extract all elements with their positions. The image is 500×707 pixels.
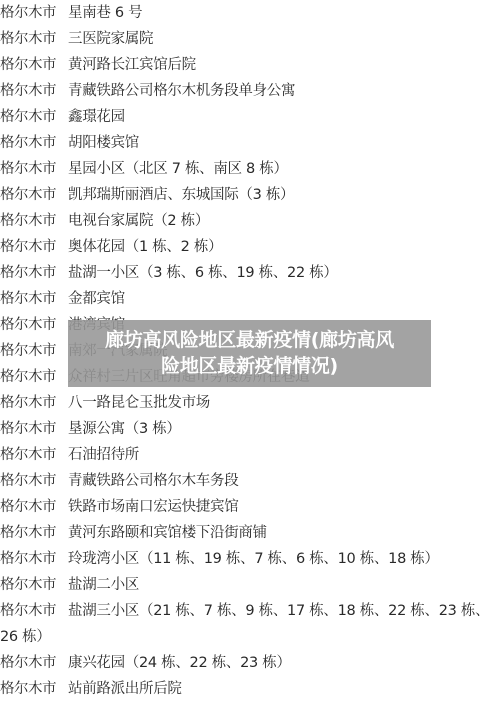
city-label: 格尔木市 (0, 468, 68, 494)
city-label: 格尔木市 (0, 208, 68, 234)
list-item: 格尔木市金都宾馆 (0, 286, 500, 312)
place-label: 盐湖三小区（21 栋、7 栋、9 栋、17 栋、18 栋、22 栋、23 栋、 (68, 598, 489, 624)
city-label: 格尔木市 (0, 52, 68, 78)
city-label: 格尔木市 (0, 650, 68, 676)
place-label: 胡阳楼宾馆 (68, 130, 139, 156)
place-label: 黄河路长江宾馆后院 (68, 52, 196, 78)
place-label: 三医院家属院 (68, 26, 153, 52)
list-item: 格尔木市康兴花园（24 栋、22 栋、23 栋） (0, 650, 500, 676)
place-label: 星园小区（北区 7 栋、南区 8 栋） (68, 156, 288, 182)
list-item: 格尔木市青藏铁路公司格尔木机务段单身公寓 (0, 78, 500, 104)
city-label: 格尔木市 (0, 234, 68, 260)
list-item: 格尔木市鑫璟花园 (0, 104, 500, 130)
list-item: 格尔木市八一路昆仑玉批发市场 (0, 390, 500, 416)
list-item-continuation: 26 栋） (0, 624, 500, 650)
city-label: 格尔木市 (0, 182, 68, 208)
list-item: 格尔木市星园小区（北区 7 栋、南区 8 栋） (0, 156, 500, 182)
place-label: 星南巷 6 号 (68, 0, 142, 26)
city-label: 格尔木市 (0, 676, 68, 702)
place-label: 26 栋） (0, 624, 51, 650)
place-label: 盐湖二小区 (68, 572, 139, 598)
city-label: 格尔木市 (0, 416, 68, 442)
place-label: 奥体花园（1 栋、2 栋） (68, 234, 222, 260)
city-label: 格尔木市 (0, 572, 68, 598)
city-label: 格尔木市 (0, 312, 68, 338)
place-label: 金都宾馆 (68, 286, 125, 312)
city-label: 格尔木市 (0, 0, 68, 26)
list-item: 格尔木市青藏铁路公司格尔木车务段 (0, 468, 500, 494)
city-label: 格尔木市 (0, 26, 68, 52)
city-label: 格尔木市 (0, 130, 68, 156)
city-label: 格尔木市 (0, 520, 68, 546)
list-item: 格尔木市玲珑湾小区（11 栋、19 栋、7 栋、6 栋、10 栋、18 栋） (0, 546, 500, 572)
place-label: 青藏铁路公司格尔木车务段 (68, 468, 238, 494)
place-label: 铁路市场南口宏运快捷宾馆 (68, 494, 238, 520)
list-item: 格尔木市铁路市场南口宏运快捷宾馆 (0, 494, 500, 520)
list-item: 格尔木市胡阳楼宾馆 (0, 130, 500, 156)
city-label: 格尔木市 (0, 104, 68, 130)
place-label: 盐湖一小区（3 栋、6 栋、19 栋、22 栋） (68, 260, 338, 286)
city-label: 格尔木市 (0, 286, 68, 312)
city-label: 格尔木市 (0, 364, 68, 390)
city-label: 格尔木市 (0, 442, 68, 468)
place-label: 青藏铁路公司格尔木机务段单身公寓 (68, 78, 295, 104)
place-label: 电视台家属院（2 栋） (68, 208, 209, 234)
list-item: 格尔木市奥体花园（1 栋、2 栋） (0, 234, 500, 260)
overlay-title-line-2: 险地区最新疫情情况) (68, 353, 431, 379)
list-item: 格尔木市电视台家属院（2 栋） (0, 208, 500, 234)
list-item: 格尔木市黄河路长江宾馆后院 (0, 52, 500, 78)
list-item: 格尔木市盐湖一小区（3 栋、6 栋、19 栋、22 栋） (0, 260, 500, 286)
list-item: 格尔木市盐湖二小区 (0, 572, 500, 598)
city-label: 格尔木市 (0, 156, 68, 182)
city-label: 格尔木市 (0, 78, 68, 104)
list-item: 格尔木市盐湖三小区（21 栋、7 栋、9 栋、17 栋、18 栋、22 栋、23… (0, 598, 500, 624)
list-item: 格尔木市垦源公寓（3 栋） (0, 416, 500, 442)
place-label: 八一路昆仑玉批发市场 (68, 390, 210, 416)
place-label: 石油招待所 (68, 442, 139, 468)
city-label: 格尔木市 (0, 546, 68, 572)
city-label: 格尔木市 (0, 390, 68, 416)
list-item: 格尔木市站前路派出所后院 (0, 676, 500, 702)
list-item: 格尔木市凯邦瑞斯丽酒店、东城国际（3 栋） (0, 182, 500, 208)
list-item: 格尔木市黄河东路颐和宾馆楼下沿街商铺 (0, 520, 500, 546)
place-label: 垦源公寓（3 栋） (68, 416, 181, 442)
place-label: 康兴花园（24 栋、22 栋、23 栋） (68, 650, 291, 676)
title-overlay-banner: 廊坊高风险地区最新疫情(廊坊高风 险地区最新疫情情况) (68, 320, 431, 387)
list-item: 格尔木市三医院家属院 (0, 26, 500, 52)
list-item: 格尔木市石油招待所 (0, 442, 500, 468)
place-label: 鑫璟花园 (68, 104, 125, 130)
place-label: 玲珑湾小区（11 栋、19 栋、7 栋、6 栋、10 栋、18 栋） (68, 546, 439, 572)
list-item: 格尔木市星南巷 6 号 (0, 0, 500, 26)
place-label: 黄河东路颐和宾馆楼下沿街商铺 (68, 520, 267, 546)
place-label: 凯邦瑞斯丽酒店、东城国际（3 栋） (68, 182, 294, 208)
overlay-title-line-1: 廊坊高风险地区最新疫情(廊坊高风 (68, 327, 431, 353)
city-label: 格尔木市 (0, 494, 68, 520)
city-label: 格尔木市 (0, 598, 68, 624)
place-label: 站前路派出所后院 (68, 676, 182, 702)
city-label: 格尔木市 (0, 338, 68, 364)
city-label: 格尔木市 (0, 260, 68, 286)
